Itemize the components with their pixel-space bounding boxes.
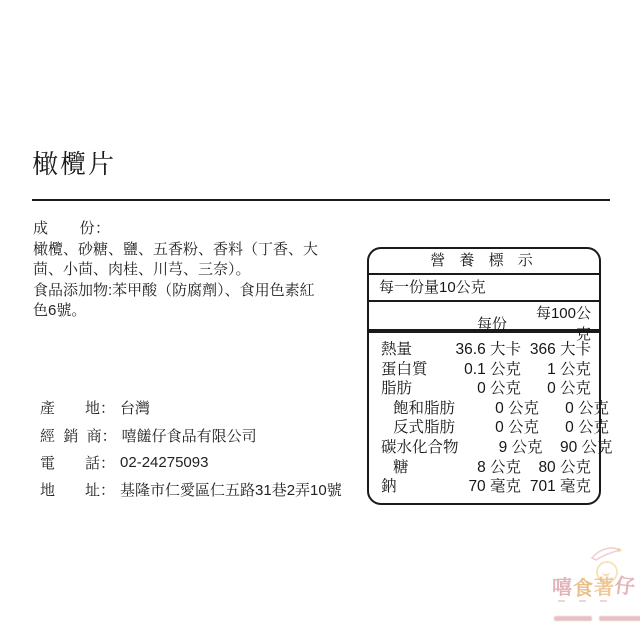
nutrition-table-body: 熱量 36.6 大卡 366 大卡 蛋白質 0.1 公克 1 公克 脂肪 0 公… [369, 333, 599, 497]
distributor-info-section: 產 地： 台灣 經 銷 商： 嘻饈仔食品有限公司 電 話： 02-2427509… [40, 394, 342, 504]
ingredients-line: 食品添加物:苯甲酸（防腐劑）、食用色素紅 [33, 281, 363, 302]
brand-logo-text: 嘻 食 著 仔 [552, 571, 635, 600]
nutrition-facts-table: 營 養 標 示 每一份量10公克 每份 每100公克 熱量 36.6 大卡 36… [367, 247, 601, 505]
phone-value: 02-24275093 [120, 454, 208, 471]
nutrition-column-headers: 每份 每100公克 [369, 302, 599, 333]
col-header-per-serving: 每份 [437, 313, 521, 334]
nutrition-row-carbohydrate: 碳水化合物 9 公克 90 公克 [381, 438, 591, 458]
nutrition-row-fat: 脂肪 0 公克 0 公克 [381, 379, 591, 399]
nutrition-row-sugar: 糖 8 公克 80 公克 [381, 458, 591, 478]
ingredients-section: 成 份： 橄欖、砂糖、鹽、五香粉、香料（丁香、大 茴、小茴、肉桂、川芎、三奈）。… [33, 219, 363, 322]
distributor-row: 經 銷 商： 嘻饈仔食品有限公司 [40, 421, 342, 448]
ingredients-line: 橄欖、砂糖、鹽、五香粉、香料（丁香、大 [33, 240, 363, 261]
product-title: 橄欖片 [32, 144, 116, 181]
logo-accent-dashes [558, 600, 607, 602]
nutrition-row-saturated-fat: 飽和脂肪 0 公克 0 公克 [381, 399, 591, 419]
ingredients-line: 茴、小茴、肉桂、川芎、三奈）。 [33, 260, 363, 281]
phone-row: 電 話： 02-24275093 [40, 449, 342, 476]
ingredients-line: 色6號。 [33, 301, 363, 322]
nutrition-table-title: 營 養 標 示 [369, 249, 599, 275]
address-value: 基隆市仁愛區仁五路31巷2弄10號 [120, 479, 342, 500]
watermark-tagline [554, 616, 640, 621]
nutrition-row-calories: 熱量 36.6 大卡 366 大卡 [381, 340, 591, 360]
address-row: 地 址： 基隆市仁愛區仁五路31巷2弄10號 [40, 476, 342, 503]
title-divider-line [32, 199, 610, 201]
nutrition-row-protein: 蛋白質 0.1 公克 1 公克 [381, 360, 591, 380]
distributor-value: 嘻饈仔食品有限公司 [122, 425, 257, 446]
origin-row: 產 地： 台灣 [40, 394, 342, 421]
origin-value: 台灣 [120, 397, 150, 418]
ingredients-label: 成 份： [33, 219, 363, 240]
nutrition-row-sodium: 鈉 70 毫克 701 毫克 [381, 477, 591, 497]
serving-size-row: 每一份量10公克 [369, 275, 599, 302]
brand-watermark: 嘻 食 著 仔 [548, 544, 640, 630]
nutrition-row-trans-fat: 反式脂肪 0 公克 0 公克 [381, 418, 591, 438]
